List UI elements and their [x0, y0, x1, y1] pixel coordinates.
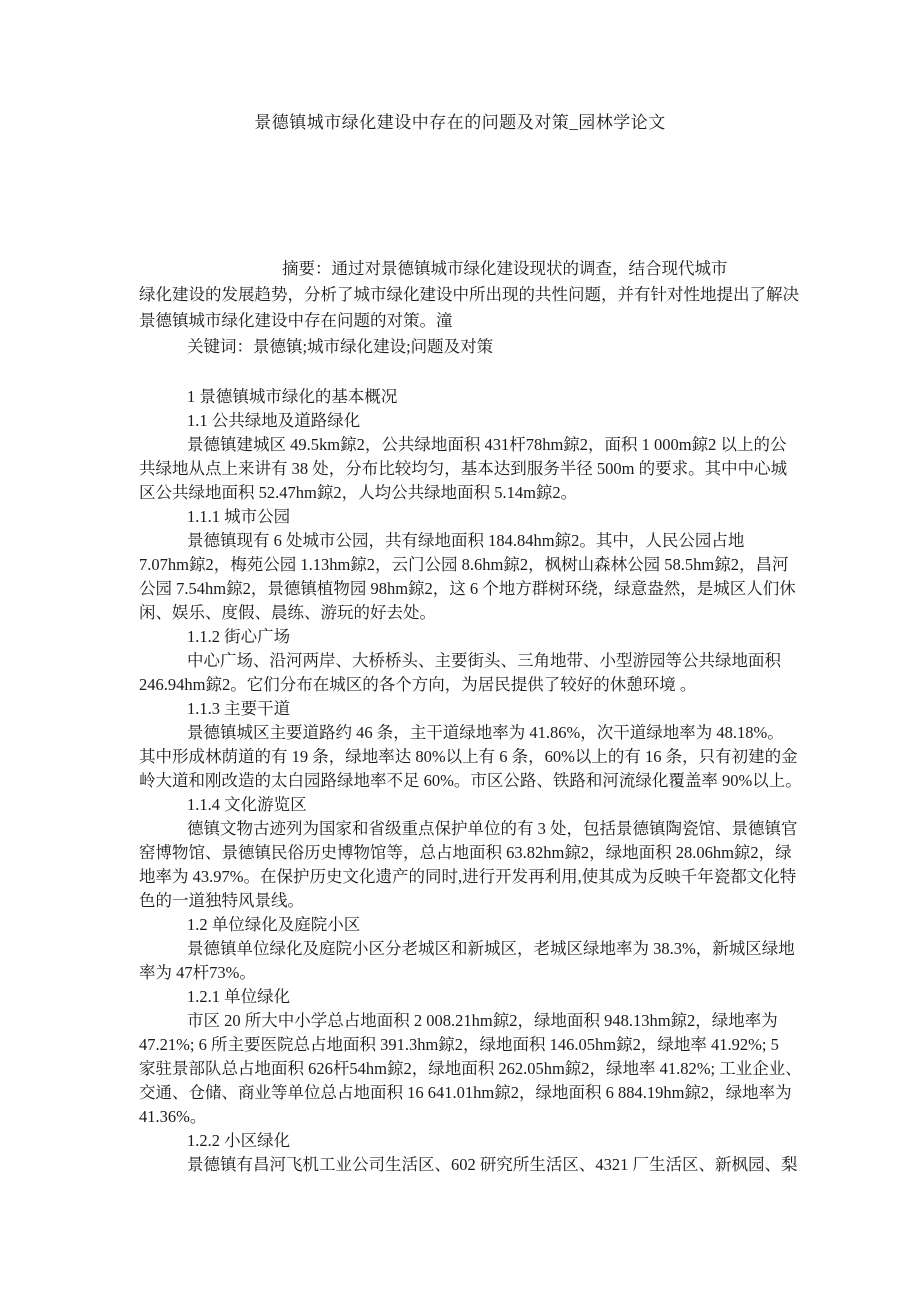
text-line: 交通、仓储、商业等单位总占地面积 16 641.01hm鍄2，绿地面积 6 88… — [139, 1081, 799, 1105]
text-line: 7.07hm鍄2，梅苑公园 1.13hm鍄2，云门公园 8.6hm鍄2，枫树山森… — [139, 553, 799, 577]
text-line: 1.1.3 主要干道 — [139, 697, 799, 721]
text-line: 1.2.2 小区绿化 — [139, 1129, 799, 1153]
text-line: 市区 20 所大中小学总占地面积 2 008.21hm鍄2，绿地面积 948.1… — [139, 1009, 799, 1033]
text-line: 岭大道和刚改造的太白园路绿地率不足 60%。市区公路、铁路和河流绿化覆盖率 90… — [139, 769, 799, 793]
text-line: 246.94hm鍄2。它们分布在城区的各个方向，为居民提供了较好的休憩环境 。 — [139, 673, 799, 697]
text-line: 景德镇建城区 49.5km鍄2，公共绿地面积 431杆78hm鍄2，面积 1 0… — [139, 433, 799, 457]
text-line: 1.2.1 单位绿化 — [139, 985, 799, 1009]
text-line: 区公共绿地面积 52.47hm鍄2，人均公共绿地面积 5.14m鍄2。 — [139, 481, 799, 505]
text-line: 率为 47杆73%。 — [139, 961, 799, 985]
text-line: 1.1.2 街心广场 — [139, 625, 799, 649]
text-line: 共绿地从点上来讲有 38 处，分布比较均匀，基本达到服务半径 500m 的要求。… — [139, 457, 799, 481]
abstract-section: 摘要：通过对景德镇城市绿化建设现状的调查，结合现代城市绿化建设的发展趋势，分析了… — [139, 256, 799, 360]
text-line: 德镇文物古迹列为国家和省级重点保护单位的有 3 处，包括景德镇陶瓷馆、景德镇官 — [139, 817, 799, 841]
text-line: 其中形成林荫道的有 19 条，绿地率达 80%以上有 6 条，60%以上的有 1… — [139, 745, 799, 769]
text-line: 1.1.4 文化游览区 — [139, 793, 799, 817]
text-line: 景德镇单位绿化及庭院小区分老城区和新城区，老城区绿地率为 38.3%，新城区绿地 — [139, 937, 799, 961]
text-line: 1.1 公共绿地及道路绿化 — [139, 409, 799, 433]
text-line: 1 景德镇城市绿化的基本概况 — [139, 385, 799, 409]
text-line: 41.36%。 — [139, 1105, 799, 1129]
text-line: 景德镇城区主要道路约 46 条，主干道绿地率为 41.86%，次干道绿地率为 4… — [139, 721, 799, 745]
text-line: 关键词：景德镇;城市绿化建设;问题及对策 — [139, 334, 799, 360]
document-page: 景德镇城市绿化建设中存在的问题及对策_园林学论文 摘要：通过对景德镇城市绿化建设… — [0, 0, 920, 1302]
text-line: 闲、娱乐、度假、晨练、游玩的好去处。 — [139, 601, 799, 625]
text-line: 绿化建设的发展趋势，分析了城市绿化建设中所出现的共性问题，并有针对性地提出了解决 — [139, 282, 799, 308]
text-line: 地率为 43.97%。在保护历史文化遗产的同时,进行开发再利用,使其成为反映千年… — [139, 865, 799, 889]
text-line: 景德镇现有 6 处城市公园，共有绿地面积 184.84hm鍄2。其中，人民公园占… — [139, 529, 799, 553]
text-line: 1.2 单位绿化及庭院小区 — [139, 913, 799, 937]
document-title: 景德镇城市绿化建设中存在的问题及对策_园林学论文 — [0, 112, 920, 134]
text-line: 家驻景部队总占地面积 626杆54hm鍄2，绿地面积 262.05hm鍄2，绿地… — [139, 1057, 799, 1081]
text-line: 摘要：通过对景德镇城市绿化建设现状的调查，结合现代城市 — [139, 256, 799, 282]
text-line: 1.1.1 城市公园 — [139, 505, 799, 529]
text-line: 景德镇有昌河飞机工业公司生活区、602 研究所生活区、4321 厂生活区、新枫园… — [139, 1153, 799, 1177]
text-line: 中心广场、沿河两岸、大桥桥头、主要街头、三角地带、小型游园等公共绿地面积 — [139, 649, 799, 673]
body-section: 1 景德镇城市绿化的基本概况1.1 公共绿地及道路绿化景德镇建城区 49.5km… — [139, 385, 799, 1177]
text-line: 色的一道独特风景线。 — [139, 889, 799, 913]
text-line: 窑博物馆、景德镇民俗历史博物馆等，总占地面积 63.82hm鍄2，绿地面积 28… — [139, 841, 799, 865]
text-line: 47.21%; 6 所主要医院总占地面积 391.3hm鍄2，绿地面积 146.… — [139, 1033, 799, 1057]
text-line: 景德镇城市绿化建设中存在问题的对策。潼 — [139, 308, 799, 334]
text-line: 公园 7.54hm鍄2，景德镇植物园 98hm鍄2，这 6 个地方群树环绕，绿意… — [139, 577, 799, 601]
